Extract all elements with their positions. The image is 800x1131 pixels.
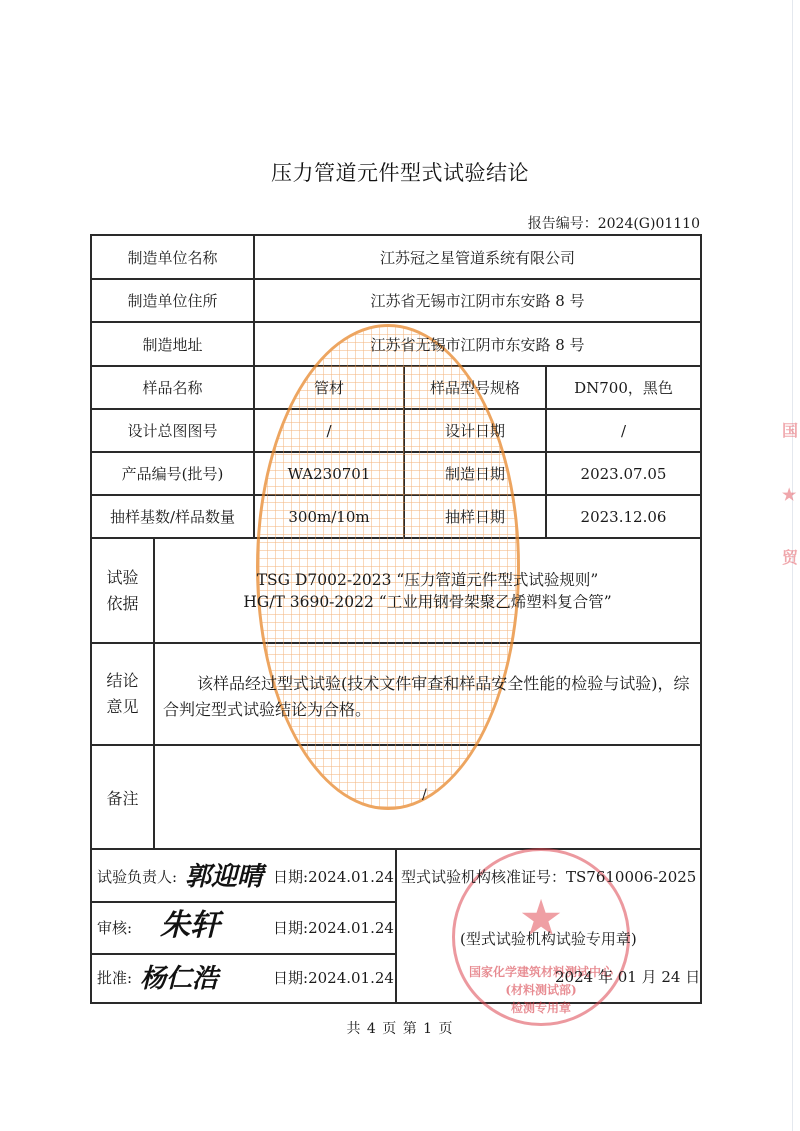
- report-number: 报告编号：2024(G)01110: [470, 213, 700, 233]
- row-divider: [90, 901, 395, 903]
- value-design-date: /: [547, 410, 700, 451]
- report-number-label: 报告编号：: [528, 216, 598, 232]
- edge-seal-fragment: 贸: [782, 545, 800, 568]
- reviewer-label: 审核:: [97, 917, 132, 938]
- label-test-basis-line1: 试验: [106, 565, 138, 591]
- document-title: 压力管道元件型式试验结论: [0, 157, 800, 187]
- edge-seal-star-icon: ★: [782, 485, 800, 504]
- label-design-date: 设计日期: [405, 410, 545, 451]
- approver-date-label: 日期:: [273, 969, 308, 987]
- reviewer-date-label: 日期:: [273, 919, 308, 937]
- tester-date-label: 日期:: [273, 868, 308, 886]
- institution-date: 2024 年 01 月 24 日: [555, 966, 700, 987]
- table-border-right: [700, 234, 702, 1004]
- value-design-drawing: /: [255, 410, 403, 451]
- value-sample-spec: DN700，黑色: [547, 367, 700, 408]
- conclusion-text: 该样品经过型式试验(技术文件审查和样品安全性能的检验与试验)，综合判定型式试验结…: [163, 671, 693, 723]
- label-conclusion: 结论 意见: [92, 644, 153, 744]
- value-test-basis: TSG D7002-2023 “压力管道元件型式试验规则” HG/T 3690-…: [155, 539, 700, 642]
- reviewer-date: 日期:2024.01.24: [273, 917, 394, 938]
- test-basis-standard-1: TSG D7002-2023 “压力管道元件型式试验规则”: [257, 569, 599, 591]
- label-sample-spec: 样品型号规格: [405, 367, 545, 408]
- page-counter: 共 4 页 第 1 页: [0, 1018, 800, 1038]
- label-manufacture-date: 制造日期: [405, 453, 545, 494]
- label-product-number: 产品编号(批号): [92, 453, 253, 494]
- label-conclusion-line1: 结论: [106, 668, 138, 694]
- label-manufacturer-name: 制造单位名称: [92, 236, 253, 278]
- value-sample-name: 管材: [255, 367, 403, 408]
- label-conclusion-line2: 意见: [106, 694, 138, 720]
- label-test-basis: 试验 依据: [92, 539, 153, 642]
- approver-date-value: 2024.01.24: [308, 969, 394, 987]
- value-manufacturing-site: 江苏省无锡市江阴市东安路 8 号: [255, 323, 700, 365]
- tester-date: 日期:2024.01.24: [273, 866, 394, 887]
- institution-cert-number: TS7610006-2025: [566, 868, 696, 886]
- row-divider: [90, 953, 395, 955]
- value-manufacturer-name: 江苏冠之星管道系统有限公司: [255, 236, 700, 278]
- value-product-number: WA230701: [255, 453, 403, 494]
- institution-seal-caption: (型式试验机构试验专用章): [460, 928, 637, 949]
- approver-signature: 杨仁浩: [140, 958, 218, 995]
- institution-cert-label: 型式试验机构核准证号：: [401, 868, 566, 886]
- tester-signature: 郭迎晴: [185, 856, 263, 893]
- label-manufacturer-address: 制造单位住所: [92, 280, 253, 321]
- label-design-drawing: 设计总图图号: [92, 410, 253, 451]
- approver-label: 批准:: [97, 967, 132, 988]
- edge-seal-fragment: 国: [782, 418, 800, 441]
- value-sampling-date: 2023.12.06: [547, 496, 700, 537]
- value-remarks: /: [422, 787, 427, 803]
- label-remarks: 备注: [92, 746, 153, 848]
- label-sample-name: 样品名称: [92, 367, 253, 408]
- row-divider: [90, 744, 702, 746]
- value-manufacturer-address: 江苏省无锡市江阴市东安路 8 号: [255, 280, 700, 321]
- reviewer-date-value: 2024.01.24: [308, 919, 394, 937]
- report-number-value: 2024(G)01110: [598, 216, 700, 232]
- value-manufacture-date: 2023.07.05: [547, 453, 700, 494]
- test-basis-standard-2: HG/T 3690-2022 “工业用钢骨架聚乙烯塑料复合管”: [243, 591, 611, 613]
- reviewer-signature: 朱轩: [160, 900, 220, 944]
- row-divider: [90, 642, 702, 644]
- approver-date: 日期:2024.01.24: [273, 967, 394, 988]
- label-sampling-quantity: 抽样基数/样品数量: [92, 496, 253, 537]
- value-sampling-quantity: 300m/10m: [255, 496, 403, 537]
- label-sampling-date: 抽样日期: [405, 496, 545, 537]
- tester-date-value: 2024.01.24: [308, 868, 394, 886]
- label-test-basis-line2: 依据: [106, 591, 138, 617]
- label-manufacturing-site: 制造地址: [92, 323, 253, 365]
- institution-cert: 型式试验机构核准证号：TS7610006-2025: [401, 866, 696, 887]
- col-divider: [395, 848, 397, 1003]
- tester-label: 试验负责人:: [97, 866, 177, 887]
